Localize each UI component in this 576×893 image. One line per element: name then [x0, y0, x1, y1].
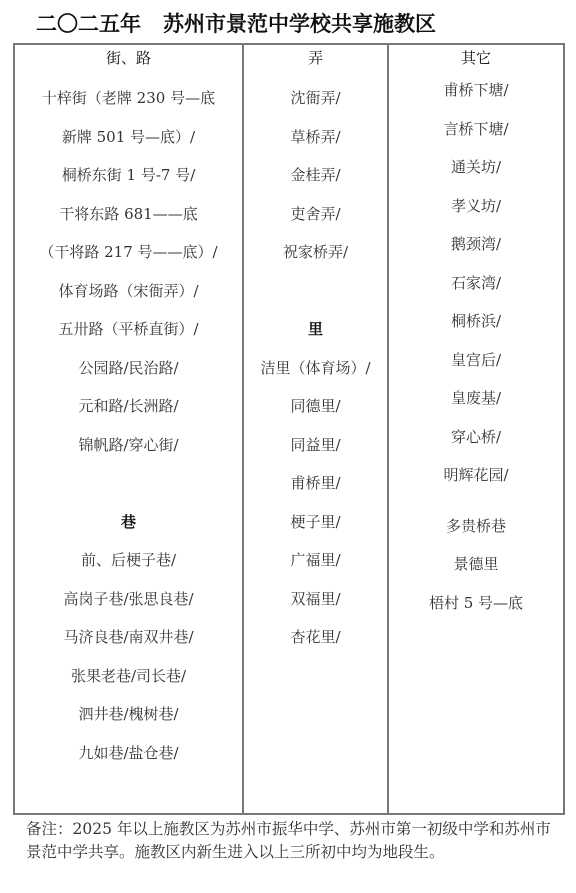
list-item: 穿心桥/ [389, 418, 563, 457]
list-item: 沈衙弄/ [244, 79, 387, 118]
list-item: 五卅路（平桥直街）/ [15, 310, 242, 349]
list-item: 吏舍弄/ [244, 195, 387, 234]
spacer [244, 272, 387, 311]
alleys-list: 沈衙弄/ 草桥弄/ 金桂弄/ 吏舍弄/ 祝家桥弄/ 里 洁里（体育场）/ 同德里… [244, 71, 387, 657]
list-item: 马济良巷/南双井巷/ [15, 618, 242, 657]
title-year: 二〇二五年 [36, 12, 141, 36]
list-item: 景德里 [389, 545, 563, 584]
list-item: 锦帆路/穿心街/ [15, 426, 242, 465]
list-item: 双福里/ [244, 580, 387, 619]
title-text: 苏州市景范中学校共享施教区 [163, 12, 436, 36]
subsection-header-li: 里 [244, 310, 387, 349]
list-item: 石家湾/ [389, 264, 563, 303]
list-item: 金桂弄/ [244, 156, 387, 195]
list-item: 张果老巷/司长巷/ [15, 657, 242, 696]
list-item: 孝义坊/ [389, 187, 563, 226]
others-list: 甫桥下塘/ 言桥下塘/ 通关坊/ 孝义坊/ 鹅颈湾/ 石家湾/ 桐桥浜/ 皇宫后… [389, 71, 563, 622]
list-item: 明辉花园/ [389, 456, 563, 495]
streets-list: 十梓街（老牌 230 号—底 新牌 501 号—底）/ 桐桥东街 1 号-7 号… [15, 71, 242, 772]
list-item: 洁里（体育场）/ [244, 349, 387, 388]
list-item: 高岗子巷/张思良巷/ [15, 580, 242, 619]
column-alleys: 弄 沈衙弄/ 草桥弄/ 金桂弄/ 吏舍弄/ 祝家桥弄/ 里 洁里（体育场）/ 同… [244, 45, 389, 813]
list-item: 皇废基/ [389, 379, 563, 418]
list-item: 体育场路（宋衙弄）/ [15, 272, 242, 311]
list-item: 干将东路 681——底 [15, 195, 242, 234]
list-item: 桐桥浜/ [389, 302, 563, 341]
list-item: 泗井巷/槐树巷/ [15, 695, 242, 734]
column-streets-roads: 街、路 十梓街（老牌 230 号—底 新牌 501 号—底）/ 桐桥东街 1 号… [15, 45, 244, 813]
list-item: 草桥弄/ [244, 118, 387, 157]
list-item: （干将路 217 号——底）/ [15, 233, 242, 272]
list-item: 皇宫后/ [389, 341, 563, 380]
list-item: 九如巷/盐仓巷/ [15, 734, 242, 773]
list-item: 同益里/ [244, 426, 387, 465]
column-header-alleys: 弄 [244, 45, 387, 71]
list-item: 广福里/ [244, 541, 387, 580]
list-item: 公园路/民治路/ [15, 349, 242, 388]
list-item: 新牌 501 号—底）/ [15, 118, 242, 157]
column-header-streets-roads: 街、路 [15, 45, 242, 71]
list-item: 多贵桥巷 [389, 507, 563, 546]
list-item: 甫桥里/ [244, 464, 387, 503]
list-item: 言桥下塘/ [389, 110, 563, 149]
list-item: 杏花里/ [244, 618, 387, 657]
list-item: 元和路/长洲路/ [15, 387, 242, 426]
list-item: 通关坊/ [389, 148, 563, 187]
list-item: 梗子里/ [244, 503, 387, 542]
list-item: 前、后梗子巷/ [15, 541, 242, 580]
spacer [15, 464, 242, 503]
column-header-others: 其它 [389, 45, 563, 71]
footnote: 备注：2025 年以上施教区为苏州市振华中学、苏州市第一初级中学和苏州市景范中学… [26, 818, 566, 864]
list-item: 甫桥下塘/ [389, 71, 563, 110]
list-item: 祝家桥弄/ [244, 233, 387, 272]
list-item: 梧村 5 号—底 [389, 584, 563, 623]
list-item: 十梓街（老牌 230 号—底 [15, 79, 242, 118]
list-item: 同德里/ [244, 387, 387, 426]
page-title: 二〇二五年苏州市景范中学校共享施教区 [36, 8, 436, 38]
subsection-header-lanes: 巷 [15, 503, 242, 542]
enrollment-zone-table: 街、路 十梓街（老牌 230 号—底 新牌 501 号—底）/ 桐桥东街 1 号… [13, 43, 565, 815]
column-others: 其它 甫桥下塘/ 言桥下塘/ 通关坊/ 孝义坊/ 鹅颈湾/ 石家湾/ 桐桥浜/ … [389, 45, 563, 813]
list-item: 鹅颈湾/ [389, 225, 563, 264]
list-item: 桐桥东街 1 号-7 号/ [15, 156, 242, 195]
